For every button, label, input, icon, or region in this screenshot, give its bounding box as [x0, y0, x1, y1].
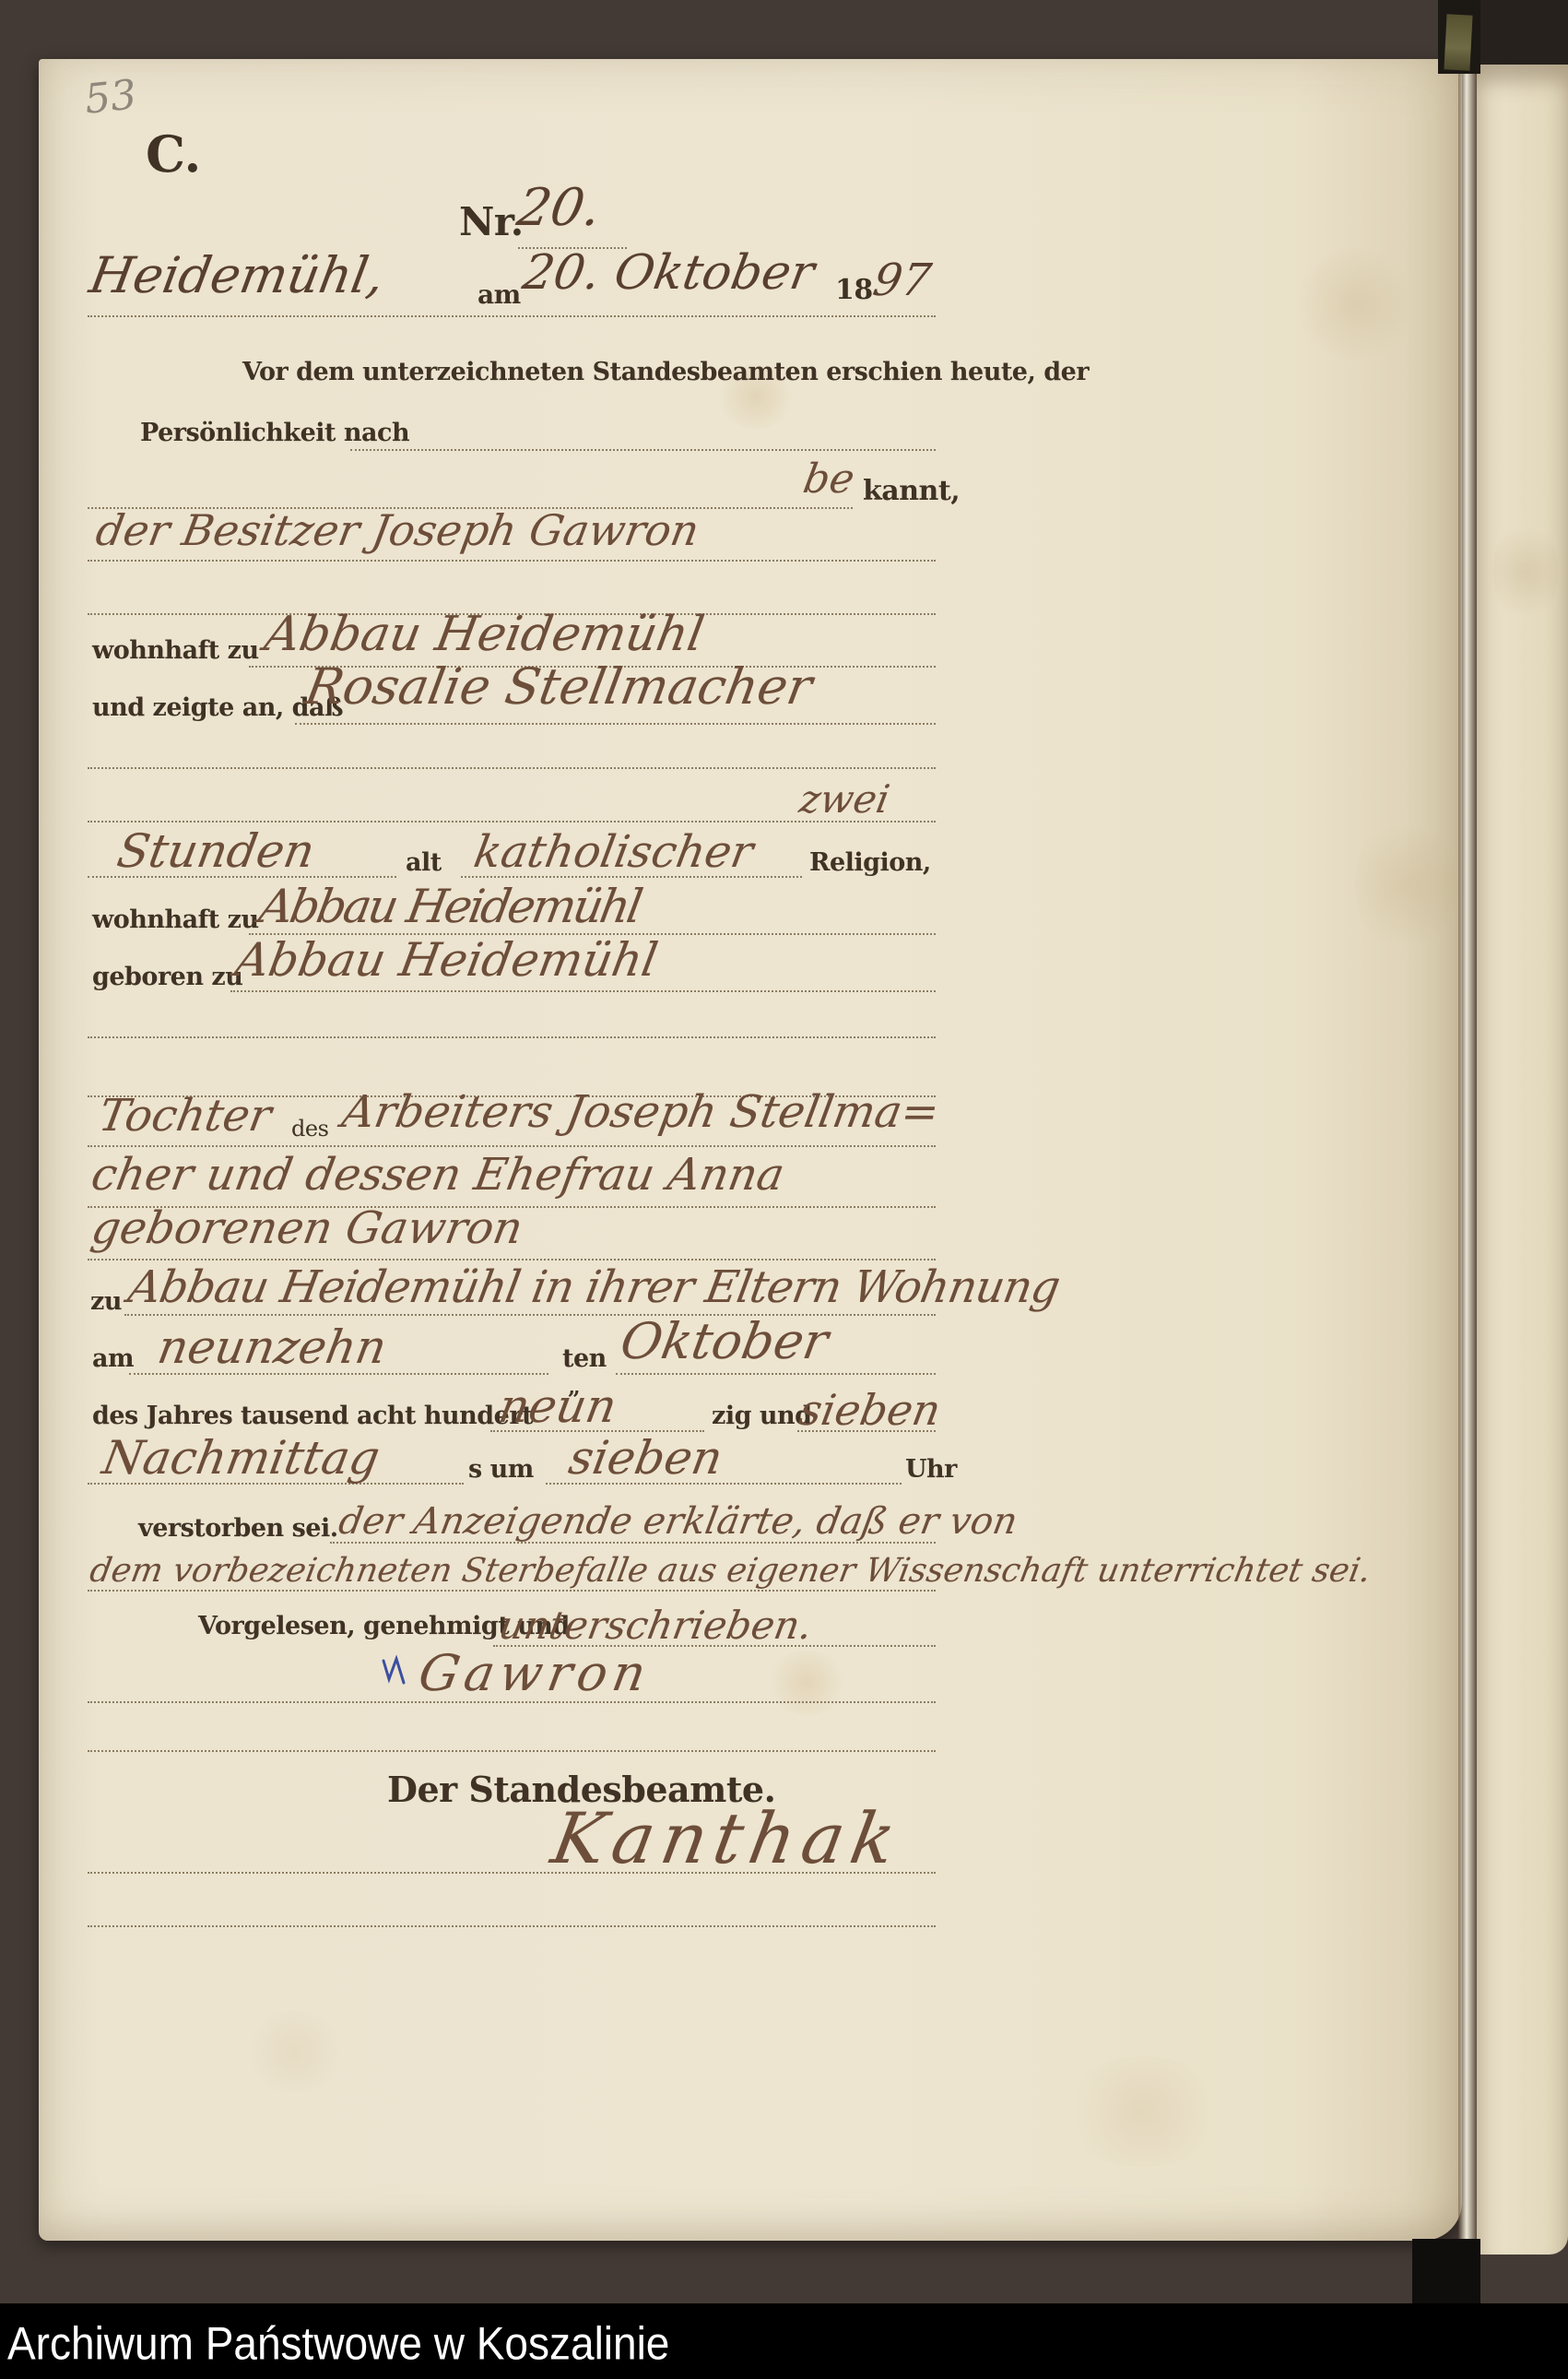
uhr-printed: Uhr	[905, 1457, 957, 1482]
place-entry: Heidemühl,	[86, 251, 388, 301]
ten-suffix: ten	[562, 1346, 607, 1371]
declaration-entry-1: der Anzeigende erklärte, daß er von	[336, 1503, 1020, 1540]
parents-entry-1b: Arbeiters Joseph Stellma=	[339, 1090, 943, 1134]
intro-line: Vor dem unterzeichneten Standesbeamten e…	[242, 360, 1089, 385]
s-um-printed: s um	[468, 1457, 534, 1482]
signed-entry: unterschrieben.	[496, 1606, 815, 1645]
age-prefix-entry: zwei	[796, 780, 892, 819]
archive-caption-text: Archiwum Państwowe w Koszalinie	[7, 2316, 669, 2370]
pencil-page-number: 53	[83, 75, 138, 121]
dotted-line	[88, 1036, 936, 1038]
dotted-line	[88, 1259, 936, 1261]
year-ones-entry: sieben	[796, 1389, 944, 1431]
religion-entry: katholischer	[471, 830, 757, 874]
dotted-line	[616, 1373, 936, 1375]
residence-entry: Abbau Heidemühl	[261, 610, 707, 658]
residence-label: wohnhaft zu	[92, 638, 259, 663]
residence2-entry: Abbau Heidemühl	[256, 883, 643, 929]
registrar-signature: Kanthak	[547, 1804, 907, 1874]
age-unit-entry: Stunden	[114, 828, 318, 874]
religion-label: Religion,	[809, 850, 931, 875]
binding-shadow-top	[1480, 0, 1568, 65]
dotted-line	[88, 767, 936, 769]
parents-entry-2: cher und dessen Ehefrau Anna	[88, 1153, 788, 1197]
year-line-printed: des Jahres tausend acht hundert	[92, 1403, 533, 1428]
birthplace-label: geboren zu	[92, 965, 242, 989]
dotted-line	[350, 449, 936, 451]
known-printed: kannt,	[863, 478, 960, 505]
adjacent-page-edge	[1477, 65, 1568, 2255]
am2-label: am	[92, 1346, 134, 1371]
scan-background: 53 C. Nr. 20. Heidemühl, am 20. Oktober …	[0, 0, 1568, 2379]
dotted-line	[230, 990, 936, 992]
archive-caption-bar: Archiwum Państwowe w Koszalinie	[0, 2303, 1568, 2379]
known-handwritten: be	[800, 459, 857, 500]
year-tens-entry: neun	[496, 1383, 620, 1429]
record-number-value: 20.	[513, 183, 605, 234]
parents-entry-3: geborenen Gawron	[88, 1206, 526, 1250]
dotted-line	[88, 1750, 936, 1752]
death-month-entry: Oktober	[617, 1317, 831, 1367]
parents-des: des	[291, 1118, 328, 1140]
residence2-label: wohnhaft zu	[92, 907, 259, 932]
dotted-line	[88, 315, 936, 317]
deceased-name-entry: Rosalie Stellmacher	[301, 662, 816, 712]
dotted-line	[88, 560, 936, 562]
blue-pen-mark	[380, 1655, 407, 1687]
dotted-line	[88, 1145, 936, 1147]
date-entry: 20. Oktober	[519, 249, 818, 297]
page-fold-edge	[1458, 61, 1477, 2248]
dotted-line	[295, 723, 936, 725]
century-printed: 18	[835, 277, 873, 304]
year-entry: 97	[870, 258, 935, 302]
form-letter: C.	[146, 129, 201, 179]
birthplace-entry: Abbau Heidemühl	[232, 937, 661, 983]
declarant-entry: der Besitzer Joseph Gawron	[93, 509, 702, 551]
am-label: am	[477, 282, 521, 308]
death-place-entry: Abbau Heidemühl in ihrer Eltern Wohnung	[125, 1265, 1063, 1309]
dotted-line	[88, 1590, 936, 1592]
dotted-line	[88, 1925, 936, 1927]
declarant-signature: Gawron	[415, 1649, 654, 1698]
daytime-entry: Nachmittag	[100, 1435, 383, 1481]
death-day-entry: neunzehn	[155, 1324, 390, 1370]
died-printed: verstorben sei.	[138, 1516, 338, 1541]
hour-entry: sieben	[566, 1435, 726, 1481]
declaration-entry-2: dem vorbezeichneten Sterbefalle aus eige…	[88, 1555, 1373, 1588]
identity-label: Persönlichkeit nach	[140, 420, 409, 445]
page-bottom-shadow	[1412, 2239, 1480, 2311]
binding-tape	[1444, 14, 1472, 70]
alt-label: alt	[406, 850, 442, 875]
zu-label: zu	[90, 1289, 122, 1314]
parents-entry-1a: Tochter	[96, 1094, 275, 1138]
